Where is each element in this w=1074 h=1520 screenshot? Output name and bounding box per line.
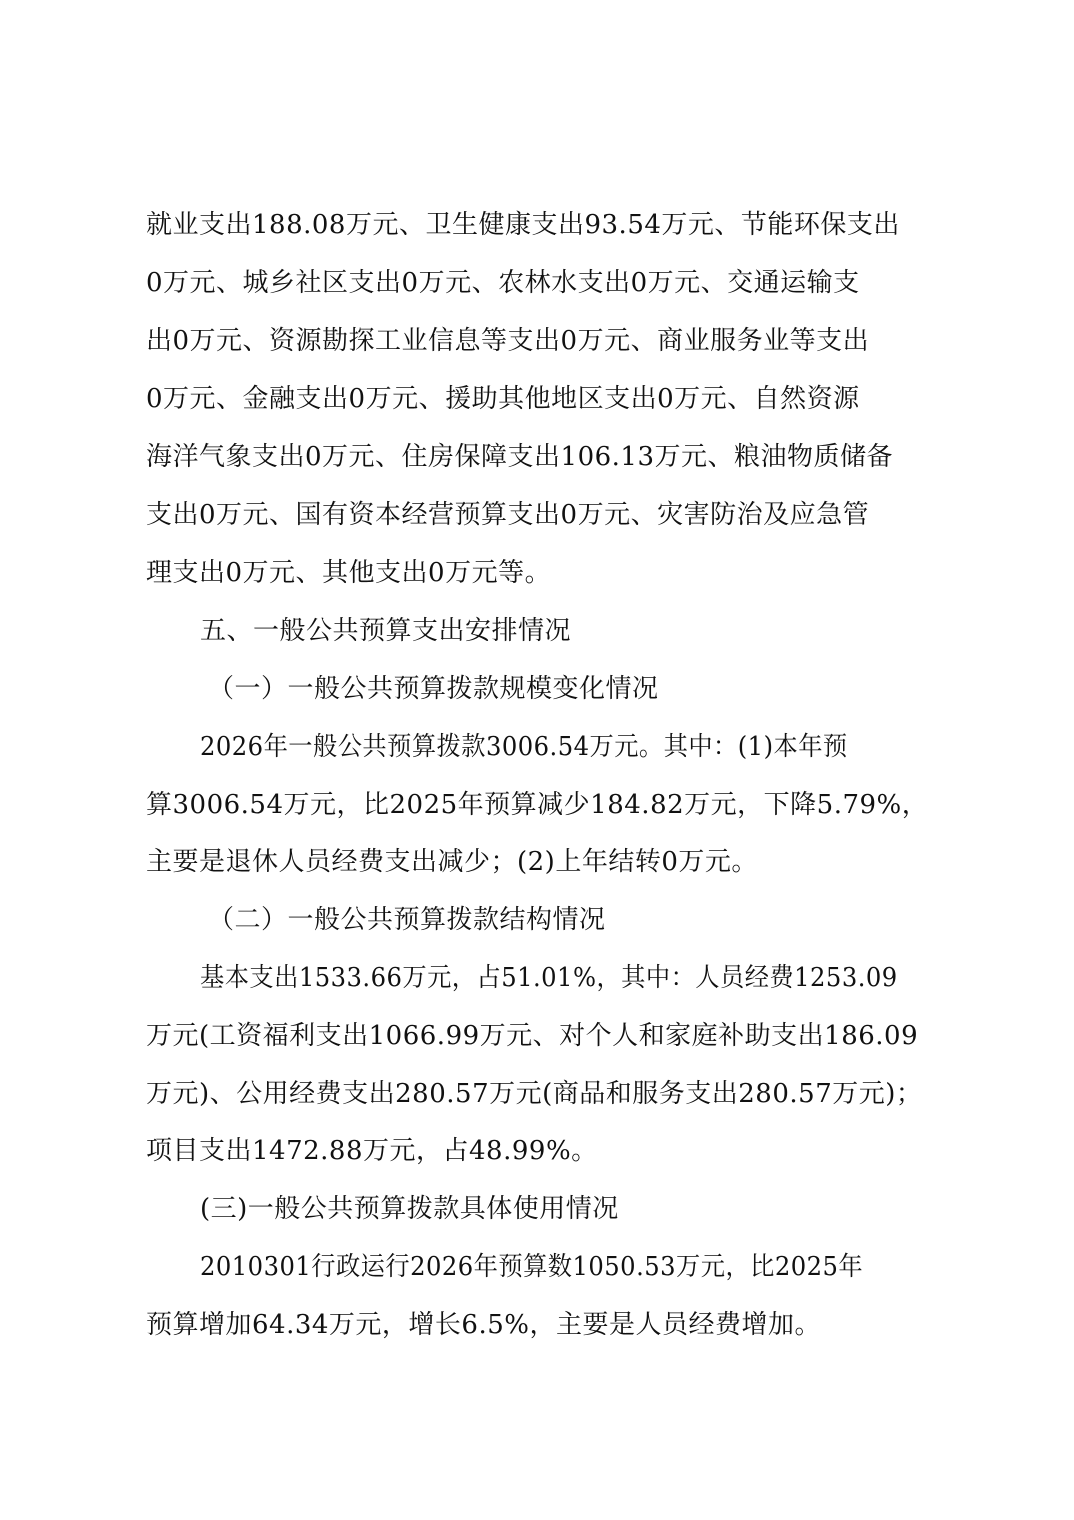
- subsection-heading-1: （一）一般公共预算拨款规模变化情况: [208, 669, 1008, 709]
- paragraph-line-12: 主要是退休人员经费支出减少；(2)上年结转0万元。: [146, 842, 946, 882]
- paragraph-line-15: 万元(工资福利支出1066.99万元、对个人和家庭补助支出186.09: [146, 1016, 946, 1056]
- paragraph-line-7: 理支出0万元、其他支出0万元等。: [146, 553, 946, 593]
- paragraph-line-11: 算3006.54万元，比2025年预算减少184.82万元，下降5.79%，: [146, 785, 946, 825]
- paragraph-line-17: 项目支出1472.88万元，占48.99%。: [146, 1131, 946, 1171]
- paragraph-line-14: 基本支出1533.66万元，占51.01%，其中：人员经费1253.09: [200, 958, 946, 998]
- paragraph-line-19: 2010301行政运行2026年预算数1050.53万元，比2025年: [200, 1247, 946, 1287]
- subsection-heading-3: (三)一般公共预算拨款具体使用情况: [200, 1189, 1000, 1229]
- paragraph-line-5: 海洋气象支出0万元、住房保障支出106.13万元、粮油物质储备: [146, 437, 946, 477]
- paragraph-line-6: 支出0万元、国有资本经营预算支出0万元、灾害防治及应急管: [146, 495, 946, 535]
- paragraph-line-4: 0万元、金融支出0万元、援助其他地区支出0万元、自然资源: [146, 379, 946, 419]
- document-page: 就业支出188.08万元、卫生健康支出93.54万元、节能环保支出 0万元、城乡…: [0, 0, 1074, 1520]
- paragraph-line-1: 就业支出188.08万元、卫生健康支出93.54万元、节能环保支出: [146, 205, 946, 245]
- paragraph-line-2: 0万元、城乡社区支出0万元、农林水支出0万元、交通运输支: [146, 263, 946, 303]
- paragraph-line-10: 2026年一般公共预算拨款3006.54万元。其中：(1)本年预: [200, 727, 946, 767]
- section-heading-5: 五、一般公共预算支出安排情况: [200, 611, 1000, 651]
- paragraph-line-20: 预算增加64.34万元，增长6.5%，主要是人员经费增加。: [146, 1305, 946, 1345]
- paragraph-line-16: 万元)、公用经费支出280.57万元(商品和服务支出280.57万元)；: [146, 1074, 946, 1114]
- subsection-heading-2: （二）一般公共预算拨款结构情况: [208, 900, 1008, 940]
- paragraph-line-3: 出0万元、资源勘探工业信息等支出0万元、商业服务业等支出: [146, 321, 946, 361]
